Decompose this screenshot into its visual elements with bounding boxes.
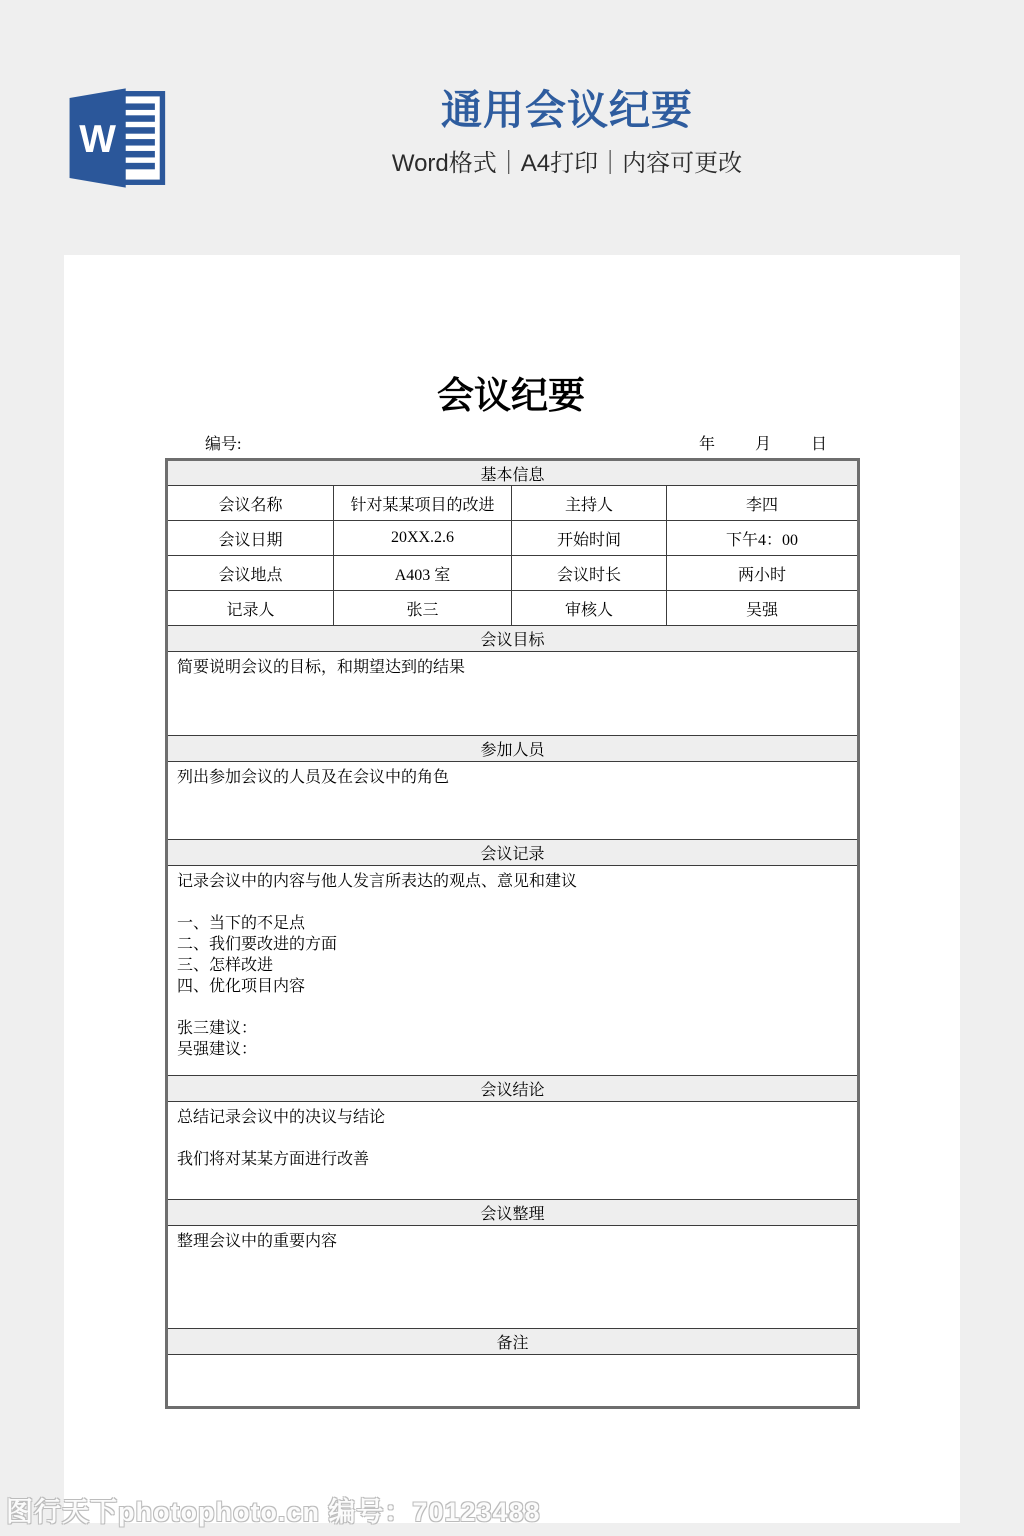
- content-line: 记录会议中的内容与他人发言所表达的观点、意见和建议: [177, 871, 848, 892]
- content-line: 简要说明会议的目标，和期望达到的结果: [177, 657, 848, 678]
- section-content-row: [167, 1355, 859, 1408]
- cell-label: 审核人: [512, 591, 667, 626]
- date-day-label: 日: [811, 436, 827, 453]
- section-content-row: 记录会议中的内容与他人发言所表达的观点、意见和建议 一、当下的不足点 二、我们要…: [167, 866, 859, 1076]
- content-line: 二、我们要改进的方面: [177, 934, 848, 955]
- document-title: 会议纪要: [165, 365, 857, 419]
- content-line: 四、优化项目内容: [177, 976, 848, 997]
- section-content-attendees: 列出参加会议的人员及在会议中的角色: [167, 762, 859, 840]
- cell-value: 20XX.2.6: [334, 521, 512, 556]
- table-row: 会议日期 20XX.2.6 开始时间 下午4：00: [167, 521, 859, 556]
- cell-value: A403 室: [334, 556, 512, 591]
- section-content-goal: 简要说明会议的目标，和期望达到的结果: [167, 652, 859, 736]
- section-header-row: 会议结论: [167, 1076, 859, 1102]
- doc-number-label: 编号:: [205, 431, 241, 454]
- word-icon-letter: W: [79, 118, 116, 161]
- content-line: 一、当下的不足点: [177, 913, 848, 934]
- content-line: 我们将对某某方面进行改善: [177, 1149, 848, 1170]
- section-header-row: 参加人员: [167, 736, 859, 762]
- content-line: 三、怎样改进: [177, 955, 848, 976]
- document-meta-row: 编号: 年 月 日: [165, 431, 857, 458]
- cell-value: 张三: [334, 591, 512, 626]
- section-header-record: 会议记录: [167, 840, 859, 866]
- section-header-row: 会议目标: [167, 626, 859, 652]
- cell-label: 记录人: [167, 591, 334, 626]
- cell-value: 下午4：00: [667, 521, 859, 556]
- document-page: 会议纪要 编号: 年 月 日 基本信息 会议名称 针对某某项目的改进 主持人 李…: [64, 255, 960, 1523]
- section-header-attendees: 参加人员: [167, 736, 859, 762]
- section-header-remarks: 备注: [167, 1329, 859, 1355]
- section-content-record: 记录会议中的内容与他人发言所表达的观点、意见和建议 一、当下的不足点 二、我们要…: [167, 866, 859, 1076]
- content-line: [177, 892, 848, 913]
- template-title: 通用会议纪要: [110, 84, 1024, 136]
- content-line: 张三建议：: [177, 1018, 848, 1039]
- cell-label: 主持人: [512, 486, 667, 521]
- section-header-basic-info: 基本信息: [167, 460, 859, 486]
- cell-label: 会议日期: [167, 521, 334, 556]
- date-month-label: 月: [755, 436, 771, 453]
- section-content-remarks: [167, 1355, 859, 1408]
- cell-label: 会议名称: [167, 486, 334, 521]
- cell-label: 开始时间: [512, 521, 667, 556]
- section-header-goal: 会议目标: [167, 626, 859, 652]
- section-content-row: 简要说明会议的目标，和期望达到的结果: [167, 652, 859, 736]
- date-year-label: 年: [699, 436, 715, 453]
- section-header-conclusion: 会议结论: [167, 1076, 859, 1102]
- table-row: 会议名称 针对某某项目的改进 主持人 李四: [167, 486, 859, 521]
- site-watermark: 图行天下photophoto.cn 编号：70123488: [6, 1490, 541, 1529]
- cell-value: 两小时: [667, 556, 859, 591]
- section-header-row: 会议整理: [167, 1200, 859, 1226]
- section-content-conclusion: 总结记录会议中的决议与结论 我们将对某某方面进行改善: [167, 1102, 859, 1200]
- section-header-row: 备注: [167, 1329, 859, 1355]
- template-subtitle: Word格式｜A4打印｜内容可更改: [110, 148, 1024, 180]
- cell-label: 会议时长: [512, 556, 667, 591]
- doc-date-labels: 年 月 日: [699, 431, 827, 454]
- table-row: 会议地点 A403 室 会议时长 两小时: [167, 556, 859, 591]
- section-content-organize: 整理会议中的重要内容: [167, 1226, 859, 1329]
- cell-value: 吴强: [667, 591, 859, 626]
- content-line: 总结记录会议中的决议与结论: [177, 1107, 848, 1128]
- section-header-organize: 会议整理: [167, 1200, 859, 1226]
- page-background: { "header": { "title": "通用会议纪要", "subtit…: [0, 0, 1024, 1536]
- cell-value: 李四: [667, 486, 859, 521]
- table-row: 记录人 张三 审核人 吴强: [167, 591, 859, 626]
- content-line: 吴强建议：: [177, 1039, 848, 1060]
- template-header: W 通用会议纪要 Word格式｜A4打印｜内容可更改: [0, 84, 1024, 194]
- content-line: [177, 1128, 848, 1149]
- section-header-row: 基本信息: [167, 460, 859, 486]
- cell-label: 会议地点: [167, 556, 334, 591]
- minutes-table: 基本信息 会议名称 针对某某项目的改进 主持人 李四 会议日期 20XX.2.6…: [165, 458, 860, 1409]
- section-content-row: 列出参加会议的人员及在会议中的角色: [167, 762, 859, 840]
- section-content-row: 整理会议中的重要内容: [167, 1226, 859, 1329]
- section-content-row: 总结记录会议中的决议与结论 我们将对某某方面进行改善: [167, 1102, 859, 1200]
- cell-value: 针对某某项目的改进: [334, 486, 512, 521]
- section-header-row: 会议记录: [167, 840, 859, 866]
- content-line: 列出参加会议的人员及在会议中的角色: [177, 767, 848, 788]
- content-line: [177, 997, 848, 1018]
- word-icon: W: [62, 84, 170, 192]
- content-line: 整理会议中的重要内容: [177, 1231, 848, 1252]
